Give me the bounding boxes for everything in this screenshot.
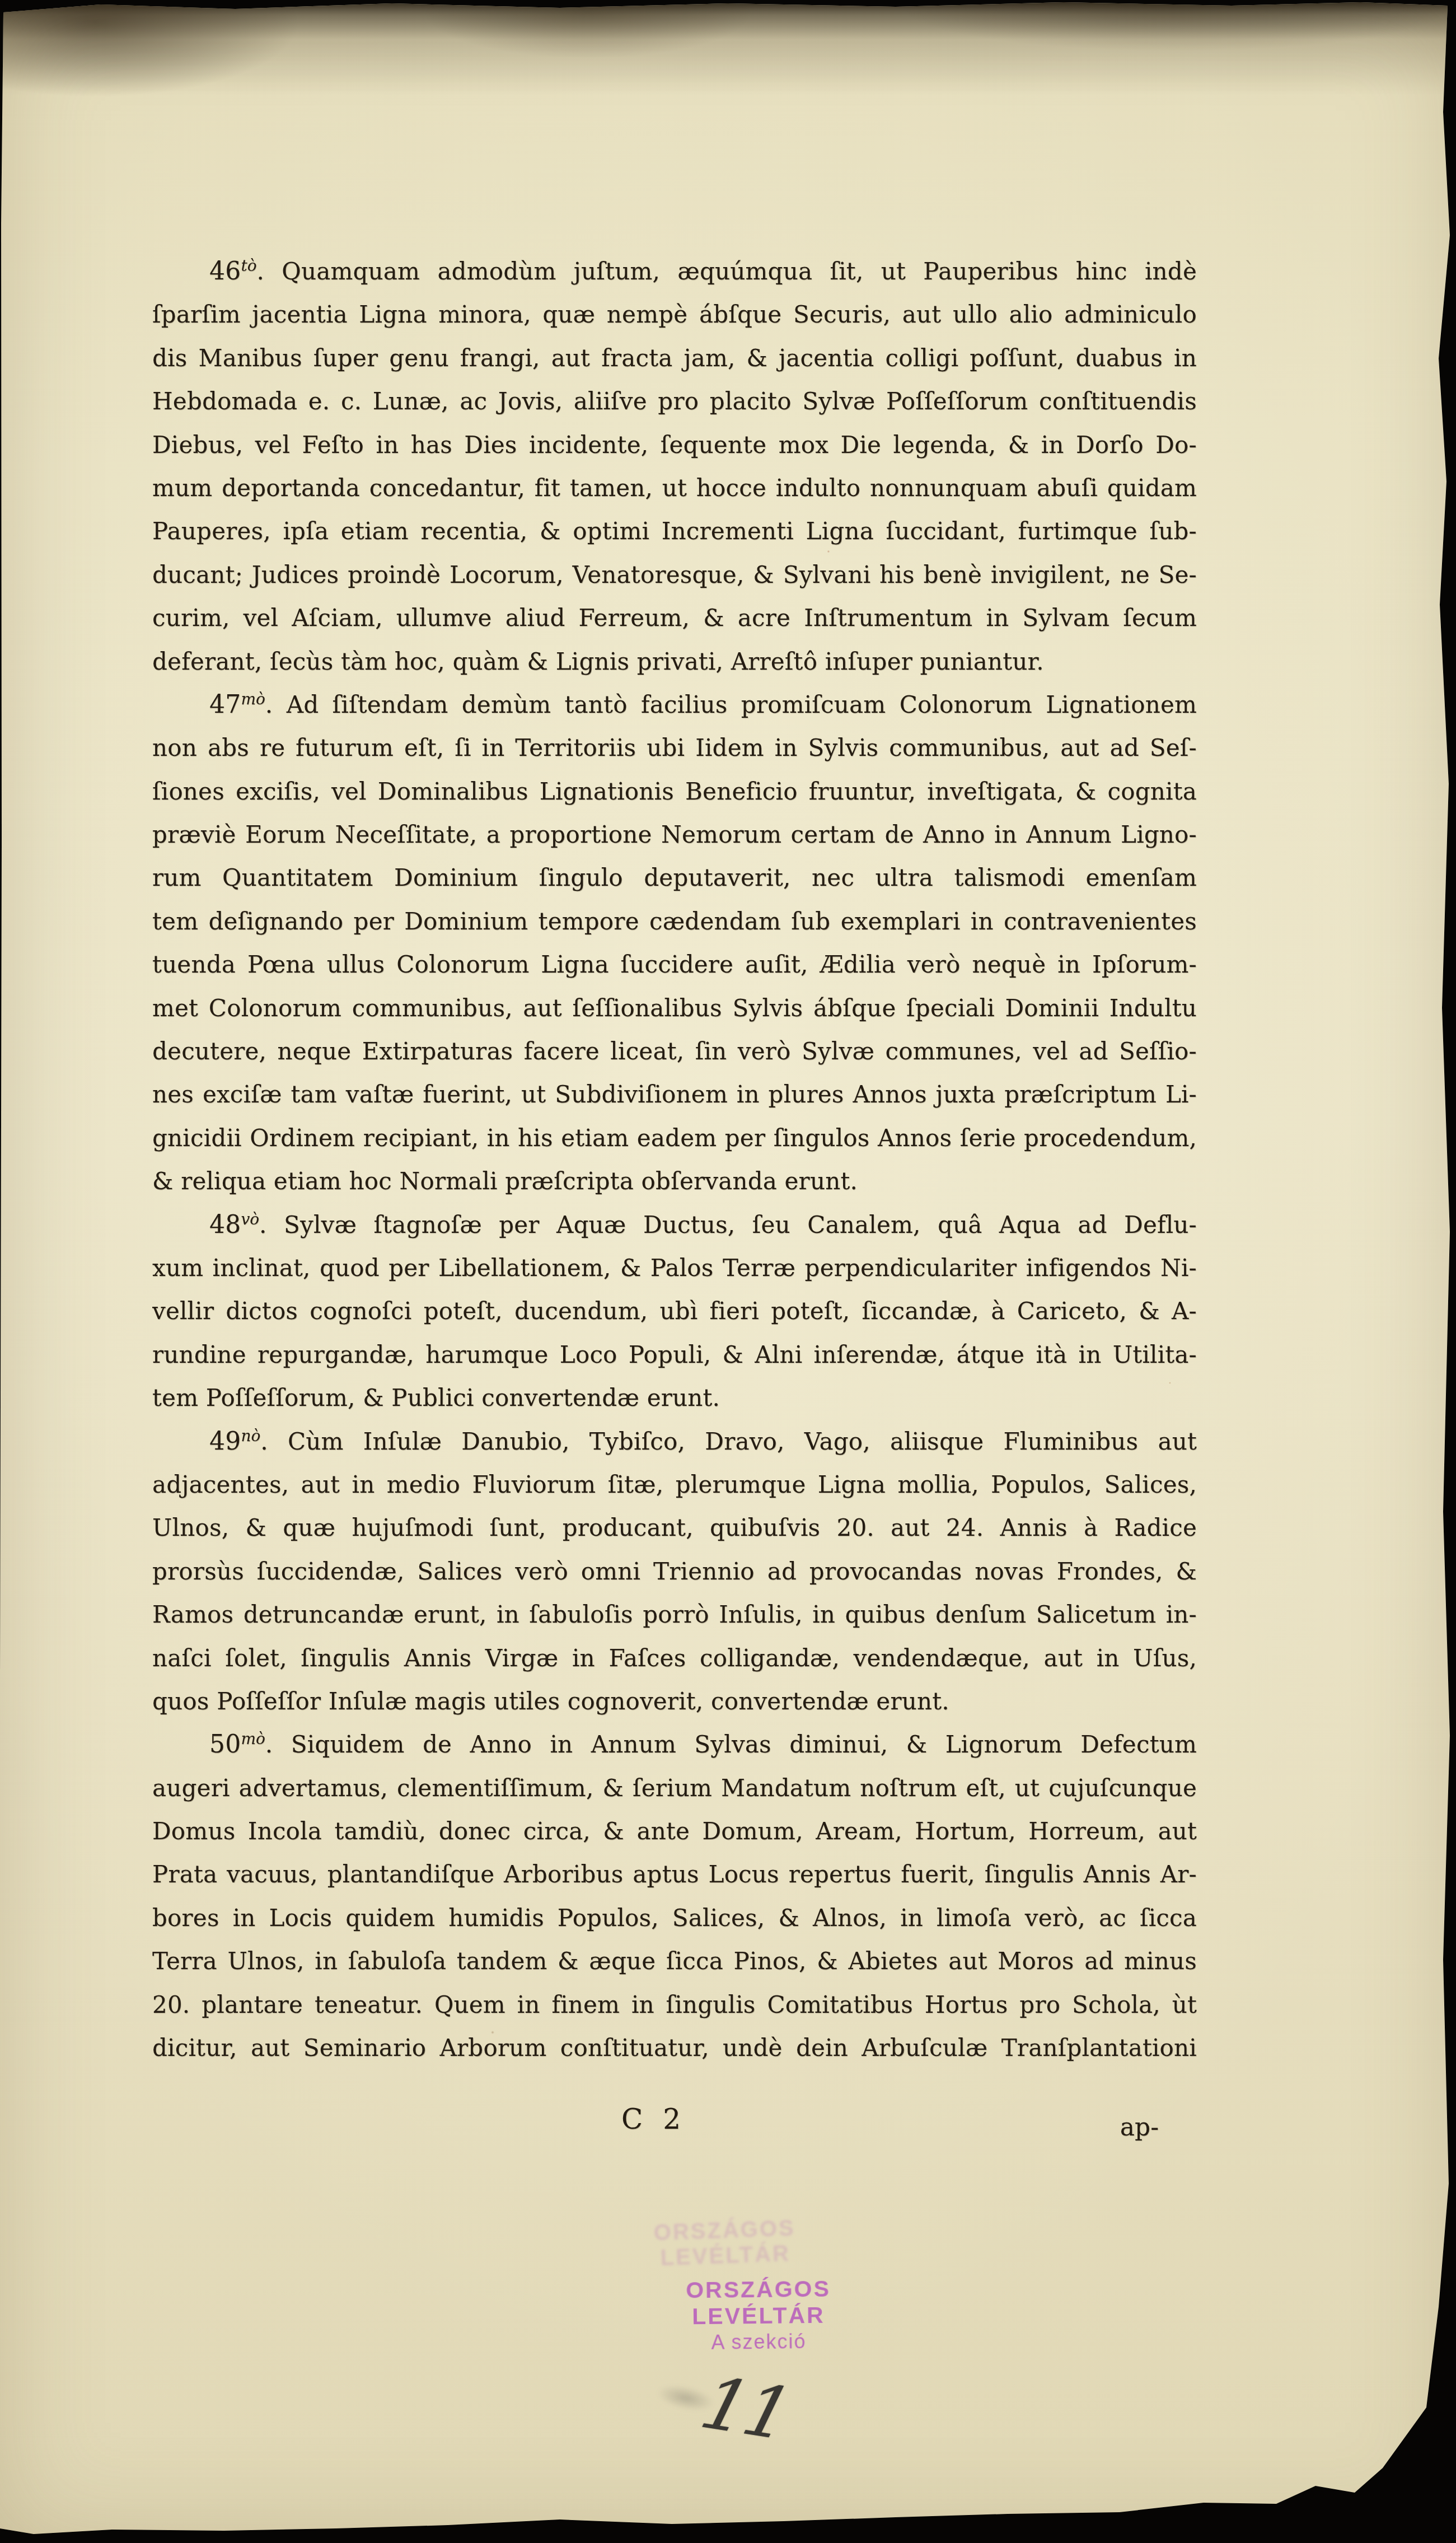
footer-row: C 2 ap- [152,2103,1197,2153]
text-line: ſiones exciſis, vel Dominalibus Lignatio… [152,770,1197,813]
text-line: non abs re futurum eſt, ſi in Territorii… [152,726,1197,769]
paragraph-number: 46 [209,257,241,286]
text-line: Hebdomada e. c. Lunæ, ac Jovis, aliiſve … [152,380,1197,423]
text-line: adjacentes, aut in medio Fluviorum ſitæ,… [152,1463,1197,1506]
archive-stamp-line1: ORSZÁGOS LEVÉLTÁR [638,2275,879,2330]
text-line: ſparſim jacentia Ligna minora, quæ nempè… [152,293,1197,336]
text-line: Diebus, vel Feſto in has Dies incidente,… [152,423,1197,466]
paragraph-49: 49nò. Cùm Inſulæ Danubio, Tybiſco, Dravo… [152,1420,1197,1723]
line-text: . Quamquam admodùm juſtum, æquúmqua ſit,… [257,258,1197,285]
paragraph-first-line: 48vò. Sylvæ ſtagnoſæ per Aquæ Ductus, ſe… [152,1203,1197,1246]
line-text: . Ad ſiſtendam demùm tantò facilius prom… [265,691,1197,718]
text-line: bores in Locis quidem humidis Populos, S… [152,1896,1197,1939]
line-text: . Siquidem de Anno in Annum Sylvas dimin… [265,1731,1197,1758]
paragraph-ordinal-suffix: tò [241,256,256,275]
paragraph-ordinal-suffix: mò [241,690,265,708]
text-line: decutere, neque Extirpaturas facere lice… [152,1030,1197,1073]
paragraph-first-line: 49nò. Cùm Inſulæ Danubio, Tybiſco, Dravo… [152,1420,1197,1463]
text-line: tem Poſſeſſorum, & Publici convertendæ e… [152,1376,1197,1419]
paragraph-first-line: 50mò. Siquidem de Anno in Annum Sylvas d… [152,1723,1197,1766]
text-line: quos Poſſeſſor Inſulæ magis utiles cogno… [152,1680,1197,1723]
text-line: mum deportanda concedantur, fit tamen, u… [152,466,1197,509]
text-line: curim, vel Aſciam, ullumve aliud Ferreum… [152,596,1197,639]
paragraph-number: 49 [209,1427,241,1456]
paragraph-50: 50mò. Siquidem de Anno in Annum Sylvas d… [152,1723,1197,2069]
paragraph-number: 47 [209,690,241,719]
text-line: 20. plantare teneatur. Quem in finem in … [152,1983,1197,2026]
text-line: rundine repurgandæ, harumque Loco Populi… [152,1333,1197,1376]
text-line: Prata vacuus, plantandiſque Arboribus ap… [152,1853,1197,1896]
text-line: tem deſignando per Dominium tempore cæde… [152,900,1197,943]
paragraph-46: 46tò. Quamquam admodùm juſtum, æquúmqua … [152,250,1197,683]
paragraph-ordinal-suffix: mò [241,1729,265,1748]
paper-sheet: 46tò. Quamquam admodùm juſtum, æquúmqua … [0,0,1456,2543]
text-line: augeri advertamus, clementiſſimum, & ſer… [152,1766,1197,1810]
text-line: Terra Ulnos, in ſabuloſa tandem & æque ſ… [152,1939,1197,1983]
text-line: & reliqua etiam hoc Normali præſcripta o… [152,1160,1197,1203]
text-line: dicitur, aut Seminario Arborum conſtitua… [152,2026,1197,2069]
text-line: prorsùs ſuccidendæ, Salices verò omni Tr… [152,1550,1197,1593]
text-line: Ulnos, & quæ hujuſmodi ſunt, producant, … [152,1506,1197,1549]
line-text: . Cùm Inſulæ Danubio, Tybiſco, Dravo, Va… [260,1428,1197,1455]
handwritten-page-number: 11 [693,2362,798,2456]
text-line: xum inclinat, quod per Libellationem, & … [152,1246,1197,1289]
text-line: Pauperes, ipſa etiam recentia, & optimi … [152,509,1197,553]
paragraph-47: 47mò. Ad ſiſtendam demùm tantò facilius … [152,683,1197,1203]
scanned-page: { "page": { "kind": "scanned printed pag… [0,0,1456,2543]
catchword: ap- [1120,2113,1159,2142]
gathering-signature: C 2 [621,2103,686,2135]
paragraph-48: 48vò. Sylvæ ſtagnoſæ per Aquæ Ductus, ſe… [152,1203,1197,1420]
text-line: præviè Eorum Neceſſitate, a proportione … [152,813,1197,856]
paragraph-ordinal-suffix: nò [241,1427,260,1445]
text-line: ducant; Judices proindè Locorum, Venator… [152,553,1197,596]
text-line: gnicidii Ordinem recipiant, in his etiam… [152,1116,1197,1160]
text-line: vellir dictos cognoſci poteſt, ducendum,… [152,1289,1197,1333]
text-line: deferant, ſecùs tàm hoc, quàm & Lignis p… [152,640,1197,683]
paragraph-number: 48 [209,1210,241,1239]
text-line: nes exciſæ tam vaſtæ fuerint, ut Subdivi… [152,1073,1197,1116]
paragraph-first-line: 46tò. Quamquam admodùm juſtum, æquúmqua … [152,250,1197,293]
text-line: dis Manibus ſuper genu frangi, aut fract… [152,336,1197,380]
text-line: rum Quantitatem Dominium ſingulo deputav… [152,856,1197,899]
text-line: met Colonorum communibus, aut ſeſſionali… [152,987,1197,1030]
text-line: naſci ſolet, ſingulis Annis Virgæ in Faſ… [152,1637,1197,1680]
paragraph-first-line: 47mò. Ad ſiſtendam demùm tantò facilius … [152,683,1197,726]
paragraph-ordinal-suffix: vò [241,1210,259,1228]
text-line: Ramos detruncandæ erunt, in ſabuloſis po… [152,1593,1197,1636]
paragraph-number: 50 [209,1730,241,1759]
archive-stamp-ghost: ORSZÁGOS LEVÉLTÁR [604,2214,846,2273]
text-line: Domus Incola tamdiù, donec circa, & ante… [152,1810,1197,1853]
text-line: tuenda Pœna ullus Colonorum Ligna ſuccid… [152,943,1197,986]
archive-stamp-line2: A szekció [638,2329,879,2355]
text-block: 46tò. Quamquam admodùm juſtum, æquúmqua … [152,250,1197,2069]
line-text: . Sylvæ ſtagnoſæ per Aquæ Ductus, ſeu Ca… [259,1211,1197,1238]
archive-stamp: ORSZÁGOS LEVÉLTÁR A szekció [638,2275,879,2355]
